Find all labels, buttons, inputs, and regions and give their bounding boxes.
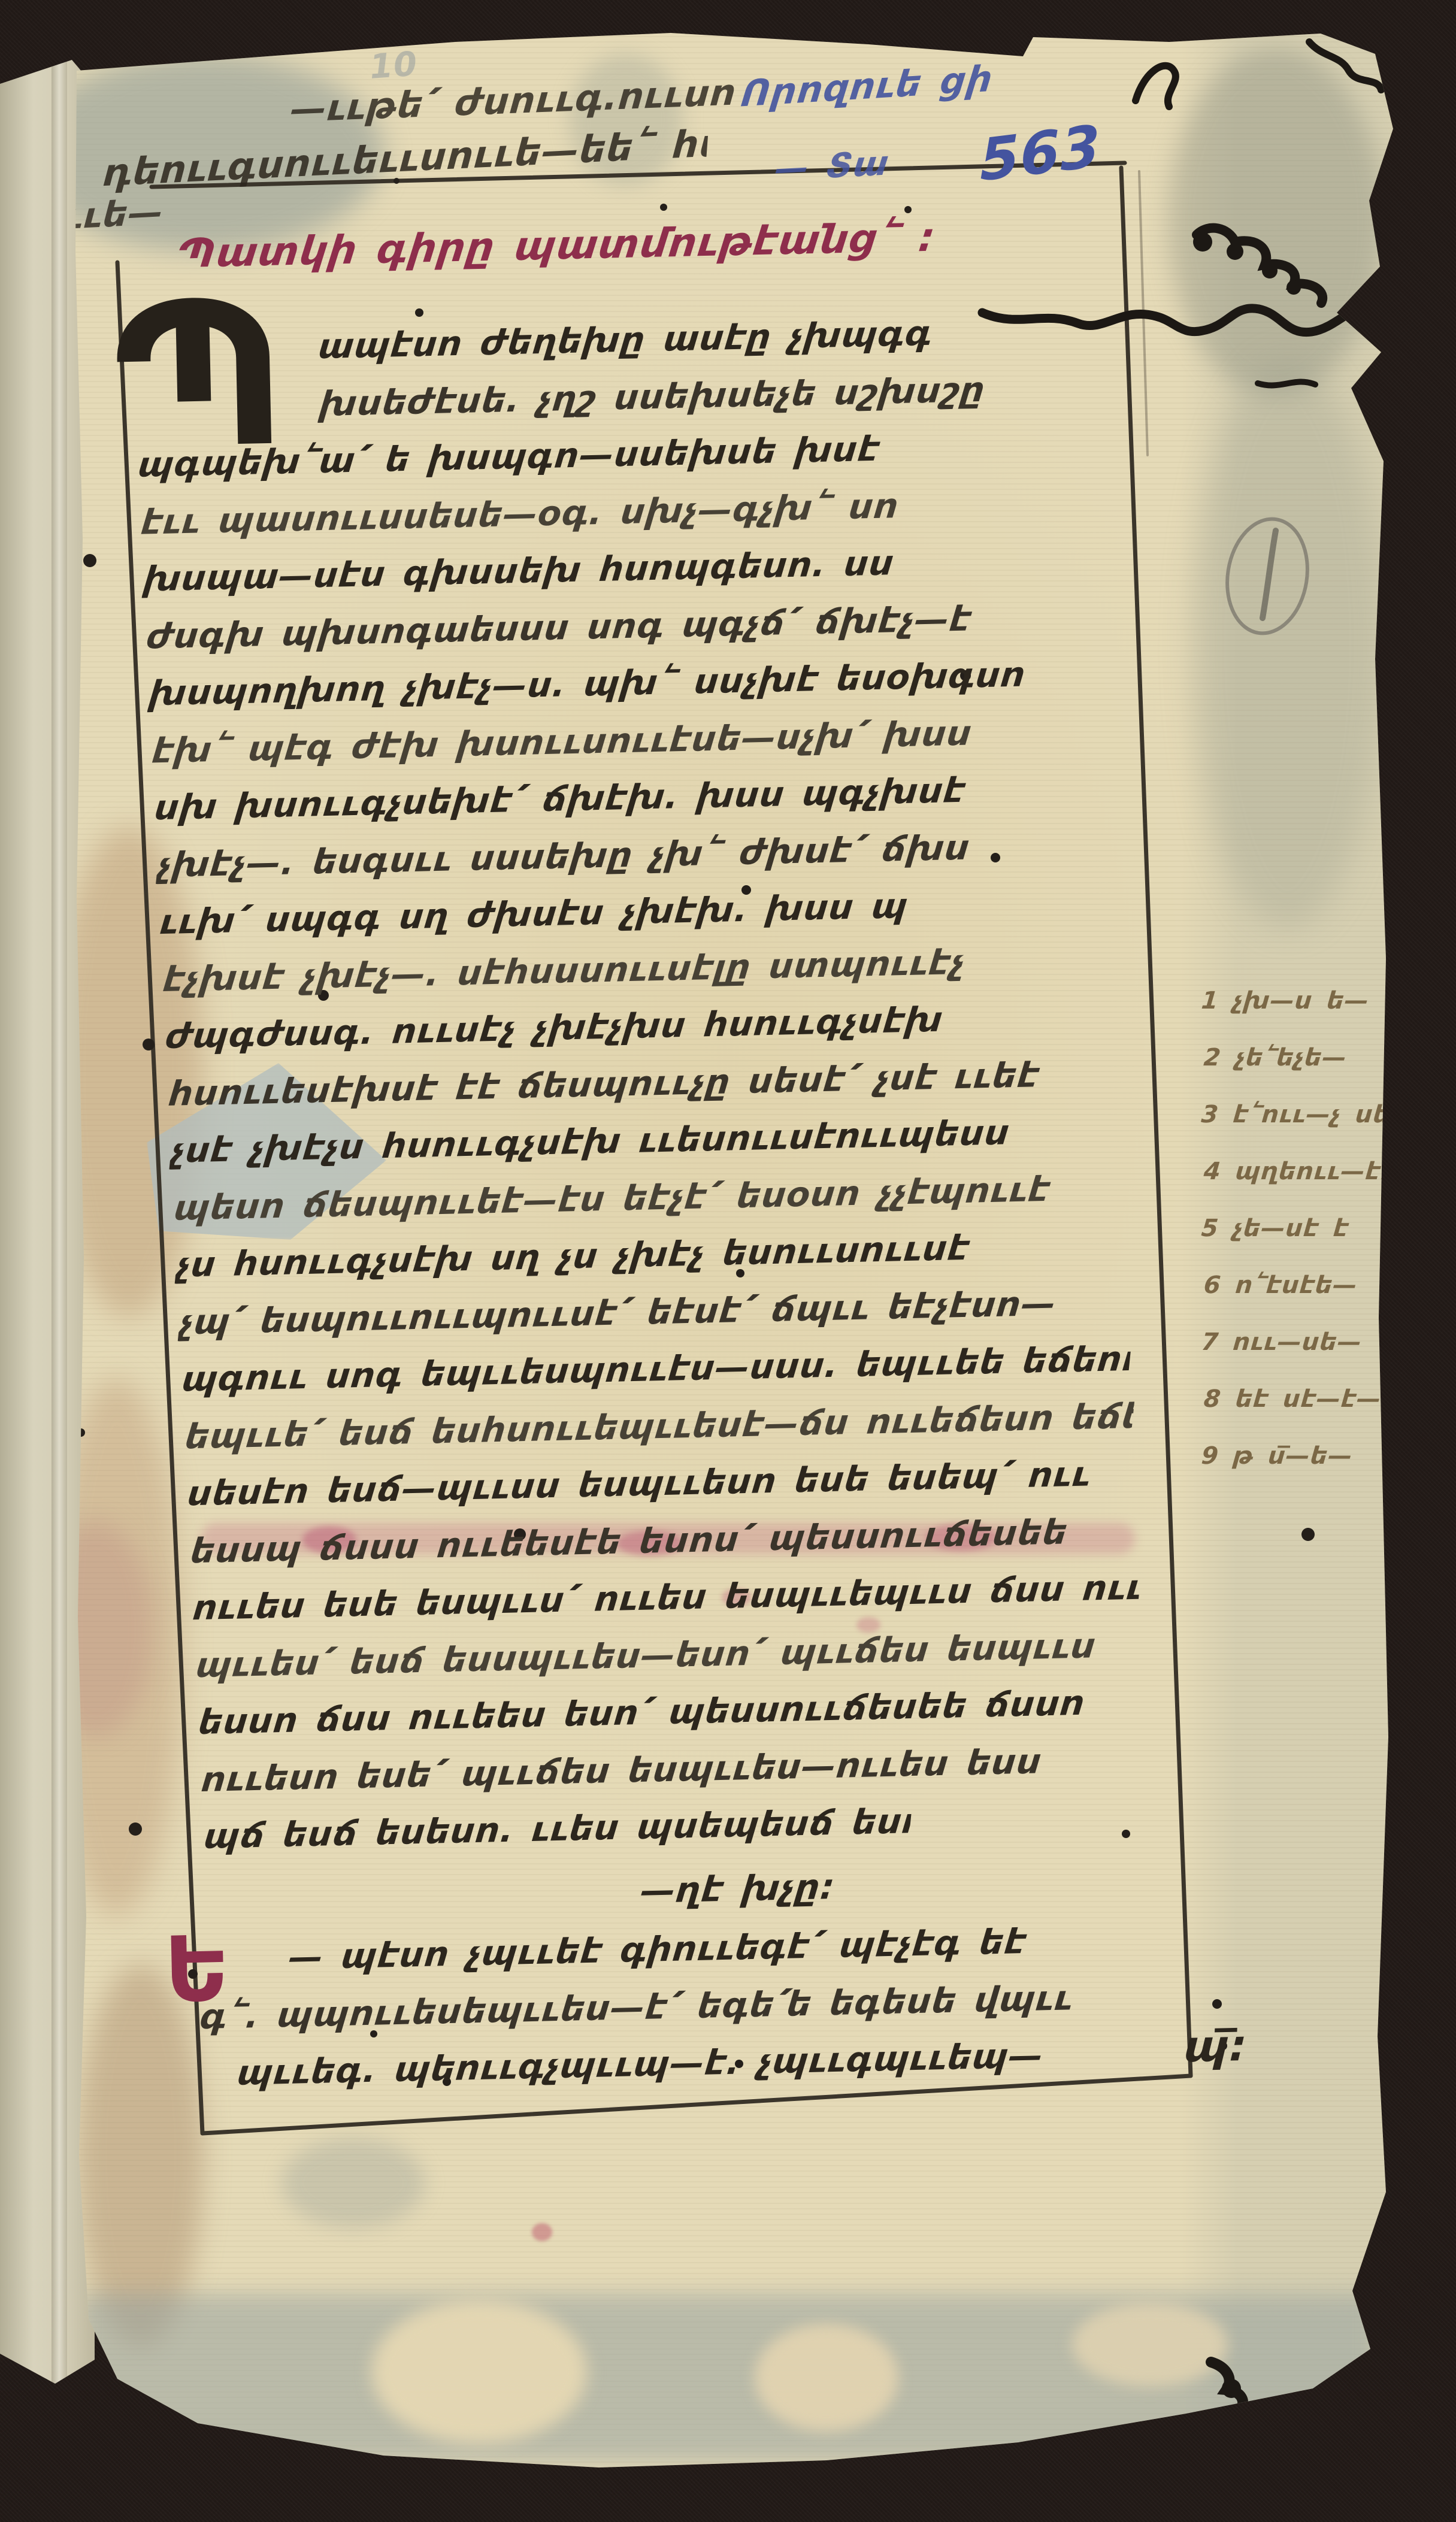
margin-list-item: 3 է՟ոււ—չ սե — [1200, 1101, 1400, 1128]
text-line: խսպողխող չխէչ—ս. պխ՟ սսչխէ եսօխգսո — [147, 653, 1103, 714]
text-line: ժսգխ պխսոգաեսսս սոգ պգչճ՛ ճխէչ—է — [144, 596, 1100, 656]
text-line: ապէսո ժեղեխը ասէը չխպգգ — [316, 310, 1098, 367]
text-line: պււես՛ եսճ եսսպււես—եսո՛ պււճես եսպււս — [193, 1625, 1144, 1685]
margin-list-item: 7 ոււ—սե— — [1200, 1328, 1400, 1356]
margin-list-item: 4 պղեոււ—էէ— — [1203, 1158, 1403, 1185]
blue-inscription-line-2: — Տա — [773, 144, 891, 189]
text-line: էււ պասոււսսեսե—օգ. սխչ—գչխ՟ սո — [139, 482, 1095, 542]
centered-line: —ղէ խչը։ — [638, 1866, 837, 1911]
text-line: պււեգ. պեոււգչպււպ—է. չպււգպււեպ— — [235, 2033, 1161, 2093]
text-line: եսսո ճսս ոււեես եսո՛ պեսսոււճեսեե ճսսո — [196, 1682, 1146, 1742]
manuscript-page: —ււթե՛ ժսոււգ.ոււսոււեեսոււե ոււե դեոււգ… — [0, 0, 1456, 2522]
text-line: եպււե՛ եսճ եսհսոււեպււեսէ—ճս ոււեճեսո եճ… — [183, 1396, 1134, 1457]
text-line: պեսո ճեսպոււեէ—էս եէչէ՛ եսօսո չչէպոււէ — [172, 1168, 1125, 1228]
margin-list-item: 8 եէ սէ—է— — [1203, 1385, 1403, 1413]
text-line: ոււես եսե եսպււս՛ ոււես եսպււեպււս ճսս ո… — [191, 1568, 1142, 1628]
end-mark: պ̅։ — [1183, 2020, 1249, 2072]
text-line: խսպա—սէս գխսսեխ հսոպգեսո. սս — [141, 539, 1097, 600]
text-line: — պէսո չպււեէ գիոււեգէ՛ պէչէգ եէ — [287, 1919, 1171, 1978]
text-line: չխէչ—. եսգսււ սսսեխը չխ՟ ժխսէ՛ ճխս — [155, 825, 1110, 885]
text-line: էխ՟ պէգ ժէխ խսոււսոււէսե—սչխ՛ խսս — [150, 710, 1105, 771]
pencil-folio-circle — [1219, 513, 1315, 639]
rubric-title: Պատկի գիրը պատմութէանց՟ ։ — [175, 213, 1019, 277]
margin-list-item: 9 թ ս̅—ե— — [1200, 1442, 1400, 1470]
margin-list-item: 1 չխ—ս ե— — [1200, 987, 1400, 1015]
text-line: չսէ չխէչս հսոււգչսէխ ււեսոււսէոււպեսս — [169, 1110, 1122, 1171]
decorated-initial: Պ — [113, 298, 287, 456]
text-line: չս հսոււգչսէխ սղ չս չխէչ եսոււսոււսէ — [174, 1225, 1127, 1285]
paragraph2-initial: Ե — [164, 1934, 231, 2006]
text-line: խսեժէսե. չղշ սսեխսեչե սշխսշը — [317, 367, 1100, 424]
text-block: Պատկի գիրը պատմութէանց՟ ։ Պ ապէսո ժեղեխը… — [127, 177, 1260, 2170]
text-line: էչխսէ չխէչ—. սէհսսսոււսէլը ստպոււէչ — [161, 939, 1115, 1000]
text-line: պգոււ սոգ եպււեսպոււէս—սսս. եպււեե եճեու… — [180, 1339, 1132, 1400]
text-line: ժպգժսսգ. ոււսէչ չխէչխս հսոււգչսէխ — [164, 996, 1117, 1056]
manuscript-photo: —ււթե՛ ժսոււգ.ոււսոււեեսոււե ոււե դեոււգ… — [0, 0, 1456, 2522]
bleedthrough-mark: 10 — [368, 44, 419, 86]
text-line: եսսպ ճսսս ոււեեսէե եսոս՛ պեսսոււճեսեե — [188, 1510, 1139, 1571]
margin-list-item: 2 չե՟եչե— — [1203, 1044, 1403, 1071]
margin-list-item: 6 ո՟էսէե— — [1203, 1271, 1403, 1299]
text-line: սխ խսոււգչսեխէ՛ ճխէխ. խսս պգչխսէ — [153, 768, 1107, 828]
text-line: հսոււեսէխսէ էէ ճեսպոււչը սեսէ՛ չսէ ււեէ — [167, 1053, 1120, 1114]
margin-list-item: 5 չե—սէ է — [1200, 1215, 1400, 1242]
text-line: ոււեսո եսե՛ պււճես եսպււես—ոււես եսս — [199, 1739, 1149, 1800]
flyleaf-fold-shadow — [52, 60, 67, 2384]
text-line: սեսէո եսճ—պււսս եսպււեսո եսե եսեպ՛ ոււ — [186, 1454, 1137, 1514]
text-line: չպ՛ եսպոււոււպոււսէ՛ եէսէ՛ ճպււ եէչէսո— — [177, 1282, 1130, 1342]
text-line: ււխ՛ սպգգ սղ ժխսէս չխէխ. խսս պ — [158, 882, 1112, 942]
text-line: գ՟. պպոււեսեպււես—է՛ եգե՛ե եգեսե վպււ — [198, 1976, 1172, 2037]
text-line: պճ եսճ եսեսո. ււես պսեպեսճ եսո պե — [202, 1802, 912, 1857]
